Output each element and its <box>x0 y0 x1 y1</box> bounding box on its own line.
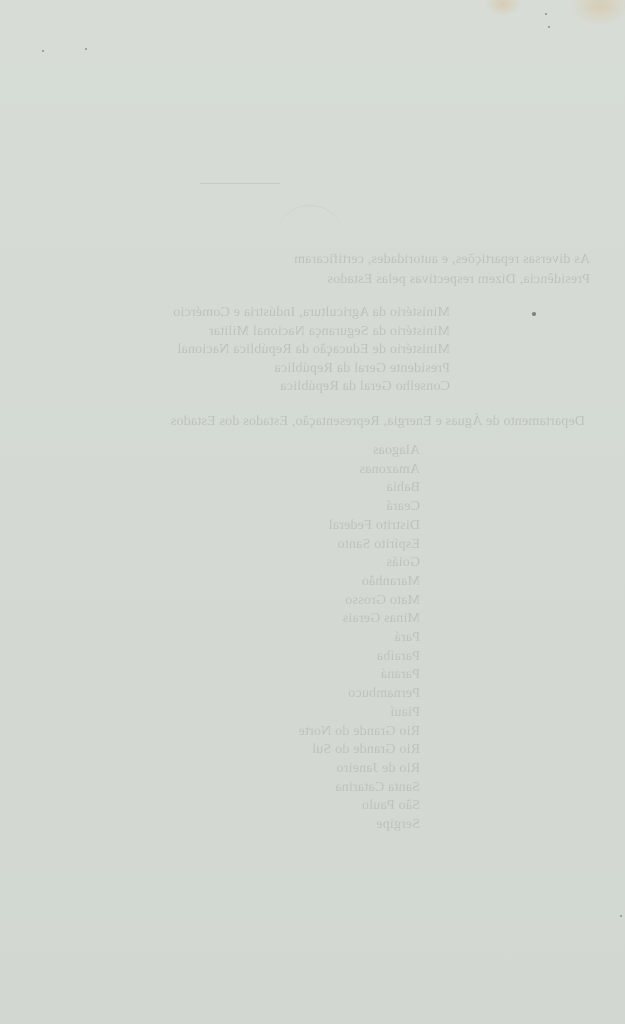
list-item: Pernambuco <box>250 685 420 704</box>
faint-emblem <box>275 205 345 256</box>
intro-line: As diversas repartições, e autoridades, … <box>30 250 590 270</box>
intro-line: Presidência, Dizem respectivas pelas Est… <box>30 270 590 290</box>
list-item: Minas Gerais <box>250 610 420 629</box>
list-item: Ceará <box>250 498 420 517</box>
dust-speck <box>545 13 547 15</box>
list-item: Rio Grande do Norte <box>250 723 420 742</box>
list-item: Sergipe <box>250 816 420 835</box>
dust-speck <box>620 915 622 917</box>
list-item: Bahia <box>250 479 420 498</box>
list-item: Alagoas <box>250 442 420 461</box>
list-item: Paraíba <box>250 648 420 667</box>
ministries-list: Ministério da Agricultura, Indústria e C… <box>160 304 450 397</box>
list-item: Amazonas <box>250 461 420 480</box>
dust-speck <box>85 48 87 50</box>
list-item: Goiás <box>250 554 420 573</box>
list-item: Conselho Geral da República <box>160 378 450 397</box>
dust-speck <box>42 50 44 52</box>
list-item: Ministério de Educação da República Naci… <box>160 341 450 360</box>
list-item: Ministério da Segurança Nacional Militar <box>160 323 450 342</box>
list-item: São Paulo <box>250 797 420 816</box>
list-item: Paraná <box>250 666 420 685</box>
list-item: Piauí <box>250 704 420 723</box>
department-line: Departamento de Águas e Energia, Represe… <box>30 414 585 430</box>
list-item: Maranhão <box>250 573 420 592</box>
list-item: Mato Grosso <box>250 592 420 611</box>
header-rule <box>200 183 280 184</box>
list-item: Espírito Santo <box>250 536 420 555</box>
dust-speck <box>548 26 550 28</box>
intro-paragraph: As diversas repartições, e autoridades, … <box>30 250 590 290</box>
list-item: Distrito Federal <box>250 517 420 536</box>
list-item: Rio Grande do Sul <box>250 741 420 760</box>
scanned-page: As diversas repartições, e autoridades, … <box>0 0 625 1024</box>
states-list: Alagoas Amazonas Bahia Ceará Distrito Fe… <box>250 442 420 835</box>
ink-dot <box>532 312 536 316</box>
list-item: Pará <box>250 629 420 648</box>
list-item: Ministério da Agricultura, Indústria e C… <box>160 304 450 323</box>
list-item: Rio de Janeiro <box>250 760 420 779</box>
list-item: Presidente Geral da República <box>160 360 450 379</box>
list-item: Santa Catarina <box>250 779 420 798</box>
